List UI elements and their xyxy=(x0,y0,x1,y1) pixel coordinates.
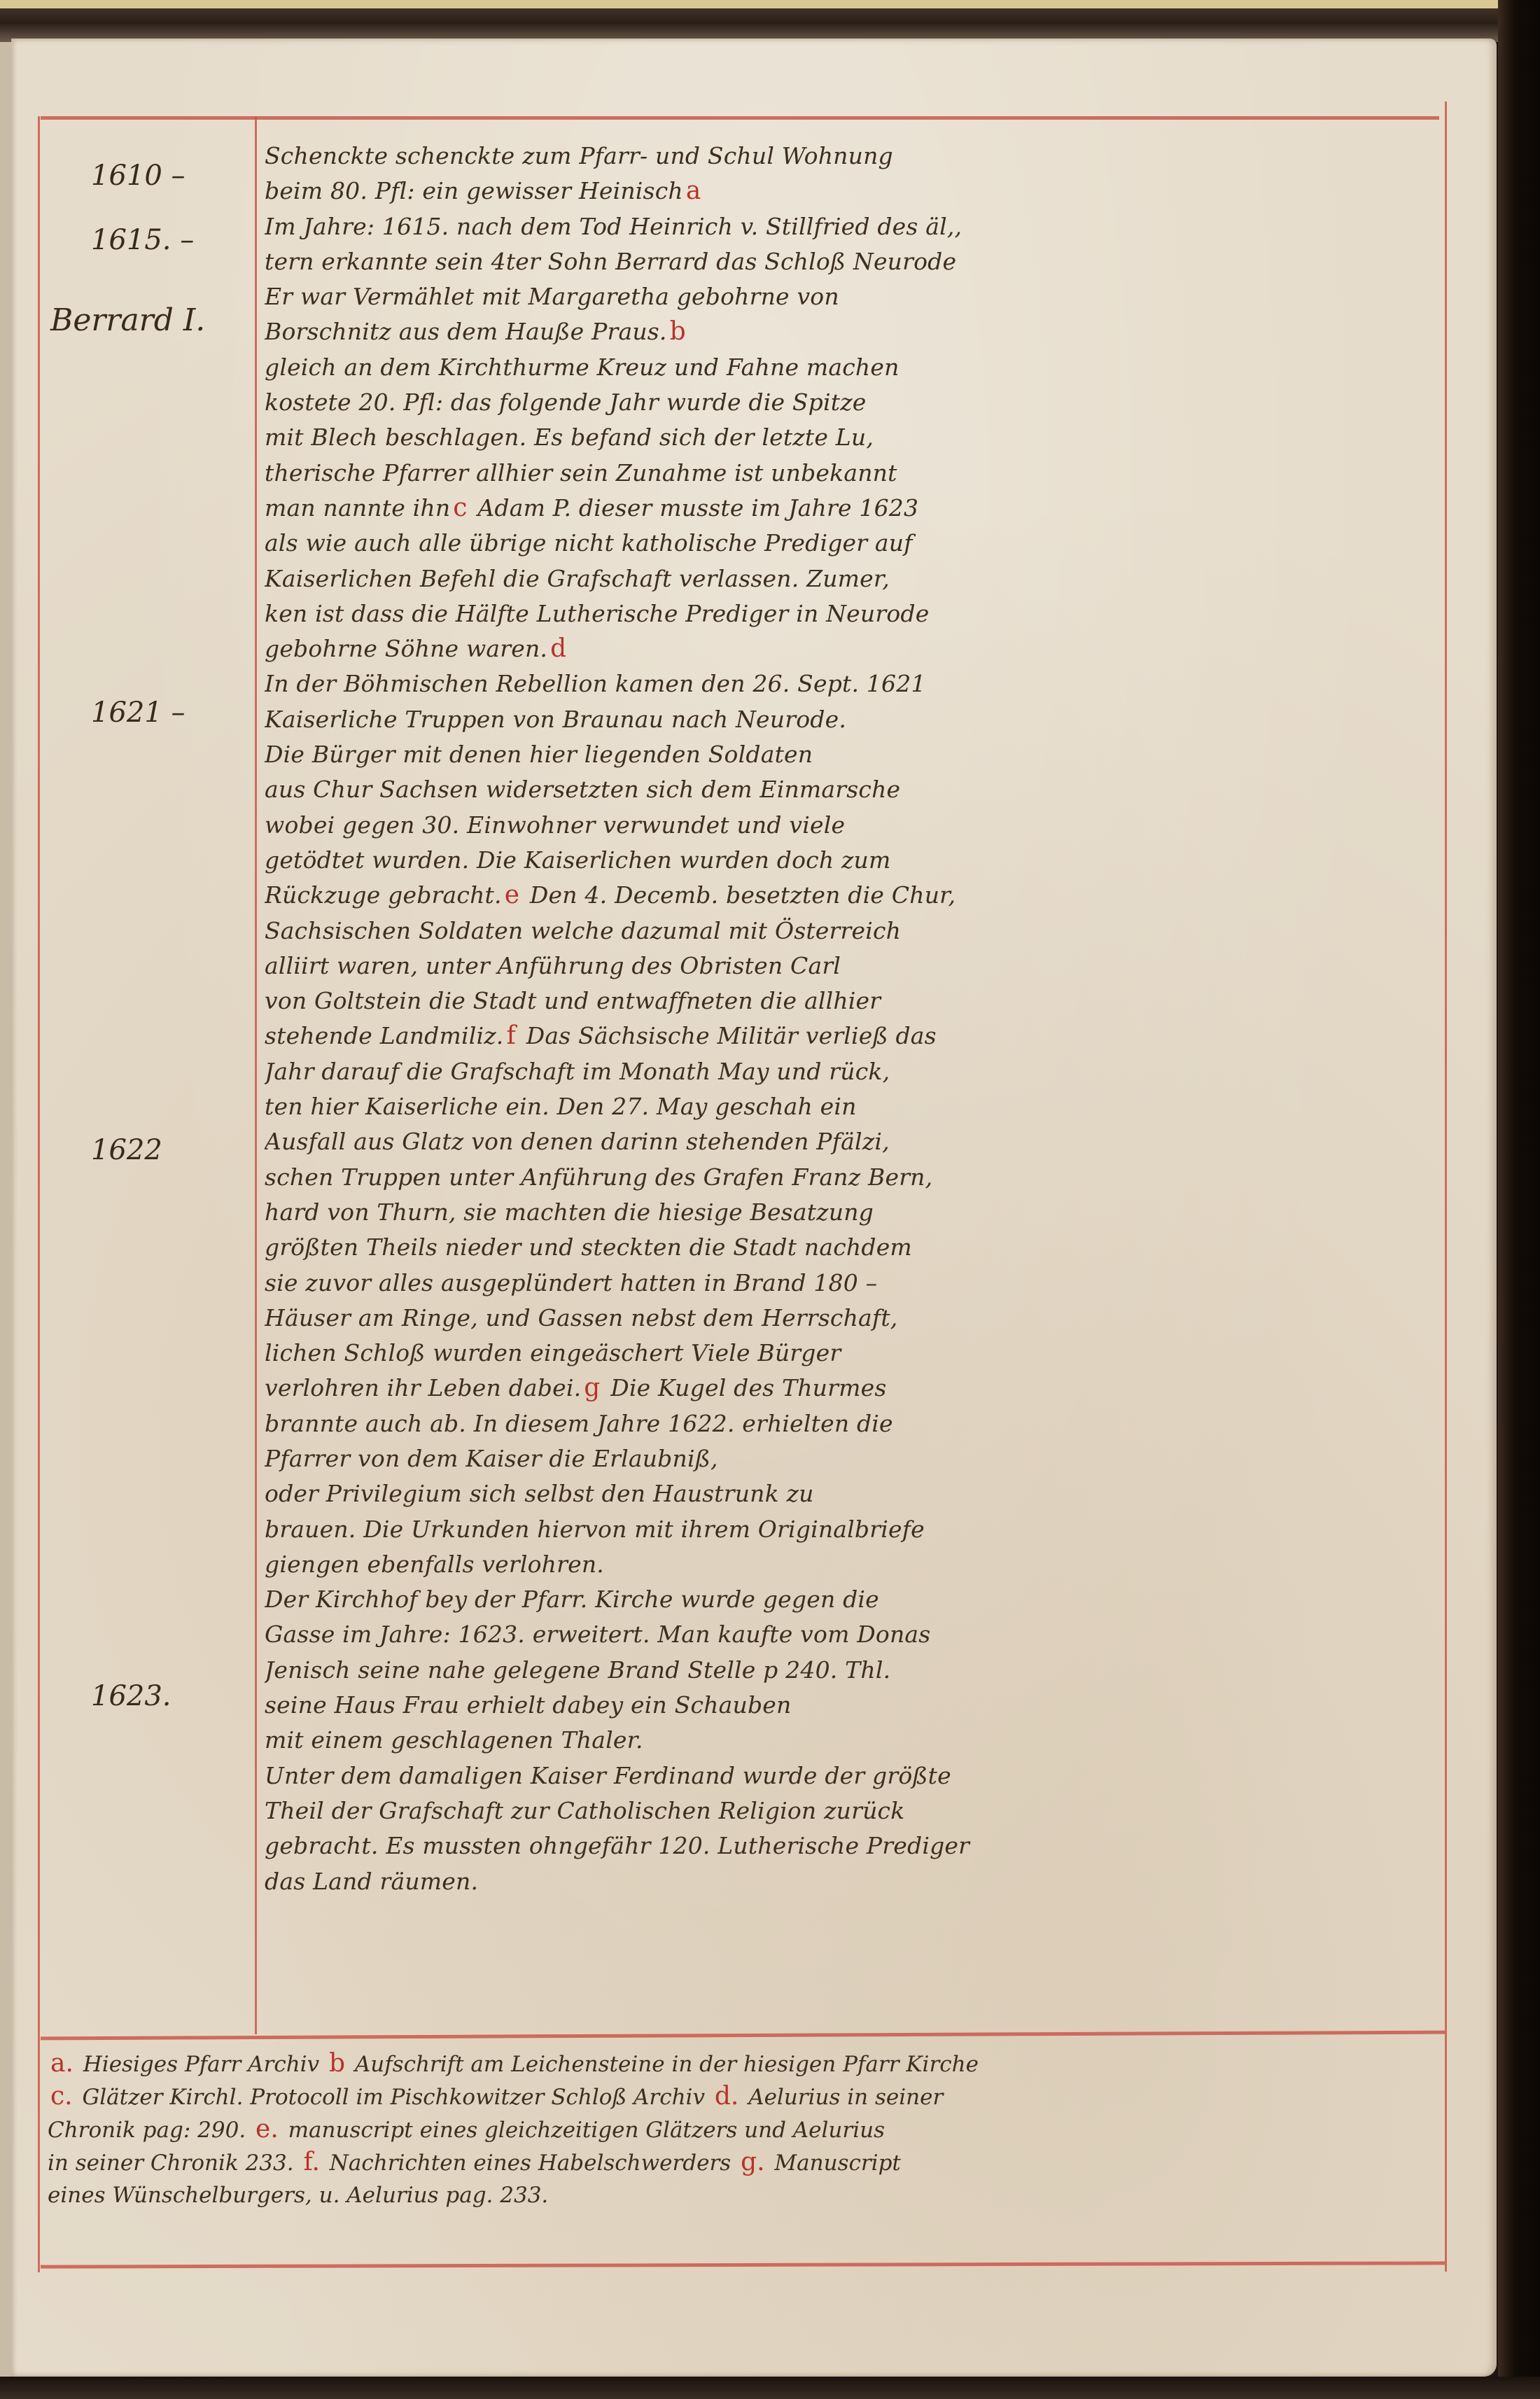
line-text: gebracht. Es mussten ohngefähr 120. Luth… xyxy=(265,1832,969,1859)
footnote-text: manuscript eines gleichzeitigen Glätzers… xyxy=(281,2118,885,2143)
footnote-marker: e xyxy=(502,881,523,909)
line-text: Ausfall aus Glatz von denen darinn stehe… xyxy=(265,1128,890,1155)
line-text: wobei gegen 30. Einwohner verwundet und … xyxy=(265,811,845,839)
line-text: stehende Landmiliz. xyxy=(265,1022,504,1049)
text-line: Jahr darauf die Grafschaft im Monath May… xyxy=(265,1054,1441,1089)
line-text: Häuser am Ringe, und Gassen nebst dem He… xyxy=(265,1304,897,1331)
text-line: brannte auch ab. In diesem Jahre 1622. e… xyxy=(265,1406,1441,1441)
text-line: Kaiserlichen Befehl die Grafschaft verla… xyxy=(265,561,1441,596)
text-line: Der Kirchhof bey der Pfarr. Kirche wurde… xyxy=(265,1582,1441,1617)
main-chronicle-text: Schenckte schenckte zum Pfarr- und Schul… xyxy=(265,139,1441,1899)
text-line: gleich an dem Kirchthurme Kreuz und Fahn… xyxy=(265,350,1441,385)
line-text: sie zuvor alles ausgeplündert hatten in … xyxy=(265,1269,877,1296)
text-line: tern erkannte sein 4ter Sohn Berrard das… xyxy=(265,244,1441,279)
footnote-marker: d xyxy=(547,634,569,663)
text-line: sie zuvor alles ausgeplündert hatten in … xyxy=(265,1266,1441,1301)
book-bottom-edge xyxy=(0,2377,1540,2399)
text-line: Borschnitz aus dem Hauße Praus.b xyxy=(265,314,1441,349)
footnote-marker: f. xyxy=(300,2148,322,2176)
footnote-line: in seiner Chronik 233. f. Nachrichten ei… xyxy=(48,2146,1441,2179)
line-text: Der Kirchhof bey der Pfarr. Kirche wurde… xyxy=(265,1586,879,1613)
footnote-line: a. Hiesiges Pfarr Archiv b Aufschrift am… xyxy=(48,2048,1441,2080)
line-text: beim 80. Pfl: ein gewisser Heinisch xyxy=(265,177,683,204)
text-line: man nannte ihnc Adam P. dieser musste im… xyxy=(265,491,1441,526)
text-line: von Goltstein die Stadt und entwaffneten… xyxy=(265,984,1441,1019)
text-line: gebracht. Es mussten ohngefähr 120. Luth… xyxy=(265,1828,1441,1863)
footnote-marker: e. xyxy=(253,2115,281,2143)
text-line: wobei gegen 30. Einwohner verwundet und … xyxy=(265,808,1441,843)
text-line: kostete 20. Pfl: das folgende Jahr wurde… xyxy=(265,385,1441,420)
line-text: getödtet wurden. Die Kaiserlichen wurden… xyxy=(265,846,891,874)
line-text: Borschnitz aus dem Hauße Praus. xyxy=(265,318,667,345)
line-text: mit einem geschlagenen Thaler. xyxy=(265,1726,643,1754)
text-line: therische Pfarrer allhier sein Zunahme i… xyxy=(265,456,1441,491)
line-text: Er war Vermählet mit Margaretha gebohrne… xyxy=(265,283,839,310)
margin-year-1610: 1610 – xyxy=(91,160,185,192)
text-line: gebohrne Söhne waren.d xyxy=(265,631,1441,666)
line-text: Schenckte schenckte zum Pfarr- und Schul… xyxy=(265,142,893,169)
line-text: als wie auch alle übrige nicht katholisc… xyxy=(265,529,913,557)
text-line: verlohren ihr Leben dabei.g Die Kugel de… xyxy=(265,1371,1441,1406)
text-line: hard von Thurn, sie machten die hiesige … xyxy=(265,1195,1441,1230)
footnote-text: Manuscript xyxy=(768,2150,901,2176)
footnote-line: Chronik pag: 290. e. manuscript eines gl… xyxy=(48,2113,1441,2146)
text-line: als wie auch alle übrige nicht katholisc… xyxy=(265,526,1441,561)
text-line: Kaiserliche Truppen von Braunau nach Neu… xyxy=(265,702,1441,737)
footnote-marker: c. xyxy=(48,2082,76,2111)
line-text: von Goltstein die Stadt und entwaffneten… xyxy=(265,987,881,1014)
text-line: größten Theils nieder und steckten die S… xyxy=(265,1230,1441,1265)
text-line: Er war Vermählet mit Margaretha gebohrne… xyxy=(265,279,1441,314)
line-text-continued: Den 4. Decemb. besetzten die Chur, xyxy=(522,881,955,909)
text-line: Ausfall aus Glatz von denen darinn stehe… xyxy=(265,1124,1441,1159)
line-text: Die Bürger mit denen hier liegenden Sold… xyxy=(265,741,813,768)
footnote-marker: g. xyxy=(738,2148,768,2176)
line-text: therische Pfarrer allhier sein Zunahme i… xyxy=(265,459,897,487)
text-line: lichen Schloß wurden eingeäschert Viele … xyxy=(265,1336,1441,1371)
line-text: Jahr darauf die Grafschaft im Monath May… xyxy=(265,1058,890,1085)
line-text: hard von Thurn, sie machten die hiesige … xyxy=(265,1198,874,1226)
text-line: Pfarrer von dem Kaiser die Erlaubniß, xyxy=(265,1441,1441,1476)
left-border-rule xyxy=(38,116,40,2272)
footnote-marker: b xyxy=(667,317,689,346)
line-text: lichen Schloß wurden eingeäschert Viele … xyxy=(265,1339,841,1366)
line-text: das Land räumen. xyxy=(265,1868,478,1895)
line-text: Sachsischen Soldaten welche dazumal mit … xyxy=(265,917,901,944)
line-text-continued: Adam P. dieser musste im Jahre 1623 xyxy=(470,494,919,522)
line-text: Kaiserlichen Befehl die Grafschaft verla… xyxy=(265,565,890,592)
footnote-text: Hiesiges Pfarr Archiv xyxy=(76,2052,326,2077)
text-line: alliirt waren, unter Anführung des Obris… xyxy=(265,949,1441,984)
text-line: Rückzuge gebracht.e Den 4. Decemb. beset… xyxy=(265,878,1441,913)
text-line: seine Haus Frau erhielt dabey ein Schaub… xyxy=(265,1688,1441,1723)
margin-year-1623: 1623. xyxy=(91,1680,171,1712)
line-text: Rückzuge gebracht. xyxy=(265,881,502,909)
line-text: oder Privilegium sich selbst den Haustru… xyxy=(265,1480,814,1507)
text-line: Unter dem damaligen Kaiser Ferdinand wur… xyxy=(265,1758,1441,1793)
footnote-text: Chronik pag: 290. xyxy=(48,2118,253,2143)
text-line: Im Jahre: 1615. nach dem Tod Heinrich v.… xyxy=(265,209,1441,244)
text-line: brauen. Die Urkunden hiervon mit ihrem O… xyxy=(265,1512,1441,1547)
line-text: aus Chur Sachsen widersetzten sich dem E… xyxy=(265,776,900,803)
text-line: aus Chur Sachsen widersetzten sich dem E… xyxy=(265,772,1441,807)
line-text: man nannte ihn xyxy=(265,494,450,522)
text-line: In der Böhmischen Rebellion kamen den 26… xyxy=(265,666,1441,701)
text-line: Schenckte schenckte zum Pfarr- und Schul… xyxy=(265,139,1441,174)
margin-name-berrard: Berrard I. xyxy=(50,302,205,338)
footnote-marker: f xyxy=(504,1021,519,1050)
text-line: Die Bürger mit denen hier liegenden Sold… xyxy=(265,737,1441,772)
text-line: stehende Landmiliz.f Das Sächsische Mili… xyxy=(265,1019,1441,1054)
footnote-marker: d. xyxy=(712,2082,742,2111)
footnote-marker: b xyxy=(326,2049,348,2078)
text-line: giengen ebenfalls verlohren. xyxy=(265,1547,1441,1582)
column-divider-rule xyxy=(255,116,257,2034)
line-text: Pfarrer von dem Kaiser die Erlaubniß, xyxy=(265,1445,718,1472)
line-text: größten Theils nieder und steckten die S… xyxy=(265,1233,912,1261)
text-line: ken ist dass die Hälfte Lutherische Pred… xyxy=(265,596,1441,631)
line-text: giengen ebenfalls verlohren. xyxy=(265,1551,604,1578)
footnote-marker: a xyxy=(683,176,704,205)
line-text: Jenisch seine nahe gelegene Brand Stelle… xyxy=(265,1656,890,1684)
line-text: tern erkannte sein 4ter Sohn Berrard das… xyxy=(265,248,956,275)
text-line: Jenisch seine nahe gelegene Brand Stelle… xyxy=(265,1653,1441,1688)
line-text: brauen. Die Urkunden hiervon mit ihrem O… xyxy=(265,1516,925,1543)
footnote-text: Nachrichten eines Habelschwerders xyxy=(323,2150,738,2176)
footnote-text: Aufschrift am Leichensteine in der hiesi… xyxy=(348,2052,979,2077)
line-text: Kaiserliche Truppen von Braunau nach Neu… xyxy=(265,706,846,733)
line-text: Unter dem damaligen Kaiser Ferdinand wur… xyxy=(265,1762,951,1789)
footnote-text: eines Wünschelburgers, u. Aelurius pag. … xyxy=(48,2183,548,2208)
footnote-line: c. Glätzer Kirchl. Protocoll im Pischkow… xyxy=(48,2080,1441,2113)
line-text-continued: Die Kugel des Thurmes xyxy=(603,1374,887,1401)
footnote-line: eines Wünschelburgers, u. Aelurius pag. … xyxy=(48,2179,1441,2212)
text-line: Theil der Grafschaft zur Catholischen Re… xyxy=(265,1793,1441,1828)
line-text: Gasse im Jahre: 1623. erweitert. Man kau… xyxy=(265,1621,930,1648)
text-line: Sachsischen Soldaten welche dazumal mit … xyxy=(265,914,1441,949)
text-line: das Land räumen. xyxy=(265,1864,1441,1899)
margin-year-1615: 1615. – xyxy=(91,224,194,256)
text-line: schen Truppen unter Anführung des Grafen… xyxy=(265,1160,1441,1195)
text-line: Gasse im Jahre: 1623. erweitert. Man kau… xyxy=(265,1617,1441,1652)
text-line: ten hier Kaiserliche ein. Den 27. May ge… xyxy=(265,1089,1441,1124)
line-text: brannte auch ab. In diesem Jahre 1622. e… xyxy=(265,1410,893,1437)
footnote-text: Aelurius in seiner xyxy=(741,2085,943,2110)
book-binding-right xyxy=(1498,0,1540,2399)
margin-year-1622: 1622 xyxy=(91,1134,162,1166)
line-text: In der Böhmischen Rebellion kamen den 26… xyxy=(265,670,926,697)
top-rule xyxy=(41,116,1439,120)
text-line: mit Blech beschlagen. Es befand sich der… xyxy=(265,420,1441,455)
footnotes: a. Hiesiges Pfarr Archiv b Aufschrift am… xyxy=(48,2048,1441,2212)
footnote-marker: g xyxy=(581,1373,603,1402)
text-line: getödtet wurden. Die Kaiserlichen wurden… xyxy=(265,843,1441,878)
line-text: gebohrne Söhne waren. xyxy=(265,635,547,662)
text-line: mit einem geschlagenen Thaler. xyxy=(265,1723,1441,1758)
line-text: seine Haus Frau erhielt dabey ein Schaub… xyxy=(265,1691,791,1719)
footnote-marker: a. xyxy=(48,2049,76,2078)
line-text: Theil der Grafschaft zur Catholischen Re… xyxy=(265,1797,904,1824)
line-text: kostete 20. Pfl: das folgende Jahr wurde… xyxy=(265,389,867,416)
book-top-highlight xyxy=(0,0,1498,8)
footnote-text: in seiner Chronik 233. xyxy=(48,2150,300,2176)
text-line: Häuser am Ringe, und Gassen nebst dem He… xyxy=(265,1301,1441,1336)
line-text: ken ist dass die Hälfte Lutherische Pred… xyxy=(265,600,929,627)
text-line: beim 80. Pfl: ein gewisser Heinischa xyxy=(265,174,1441,209)
line-text: mit Blech beschlagen. Es befand sich der… xyxy=(265,424,874,451)
line-text: verlohren ihr Leben dabei. xyxy=(265,1374,581,1401)
line-text: gleich an dem Kirchthurme Kreuz und Fahn… xyxy=(265,354,899,381)
line-text: alliirt waren, unter Anführung des Obris… xyxy=(265,952,841,979)
right-border-rule xyxy=(1445,102,1447,2272)
line-text: ten hier Kaiserliche ein. Den 27. May ge… xyxy=(265,1093,857,1120)
margin-year-1621: 1621 – xyxy=(91,697,185,729)
line-text: schen Truppen unter Anführung des Grafen… xyxy=(265,1163,932,1191)
line-text: Im Jahre: 1615. nach dem Tod Heinrich v.… xyxy=(265,213,962,240)
line-text-continued: Das Sächsische Militär verließ das xyxy=(519,1022,937,1049)
text-line: oder Privilegium sich selbst den Haustru… xyxy=(265,1476,1441,1511)
footnote-marker: c xyxy=(450,494,470,522)
footnote-text: Glätzer Kirchl. Protocoll im Pischkowitz… xyxy=(76,2085,712,2110)
